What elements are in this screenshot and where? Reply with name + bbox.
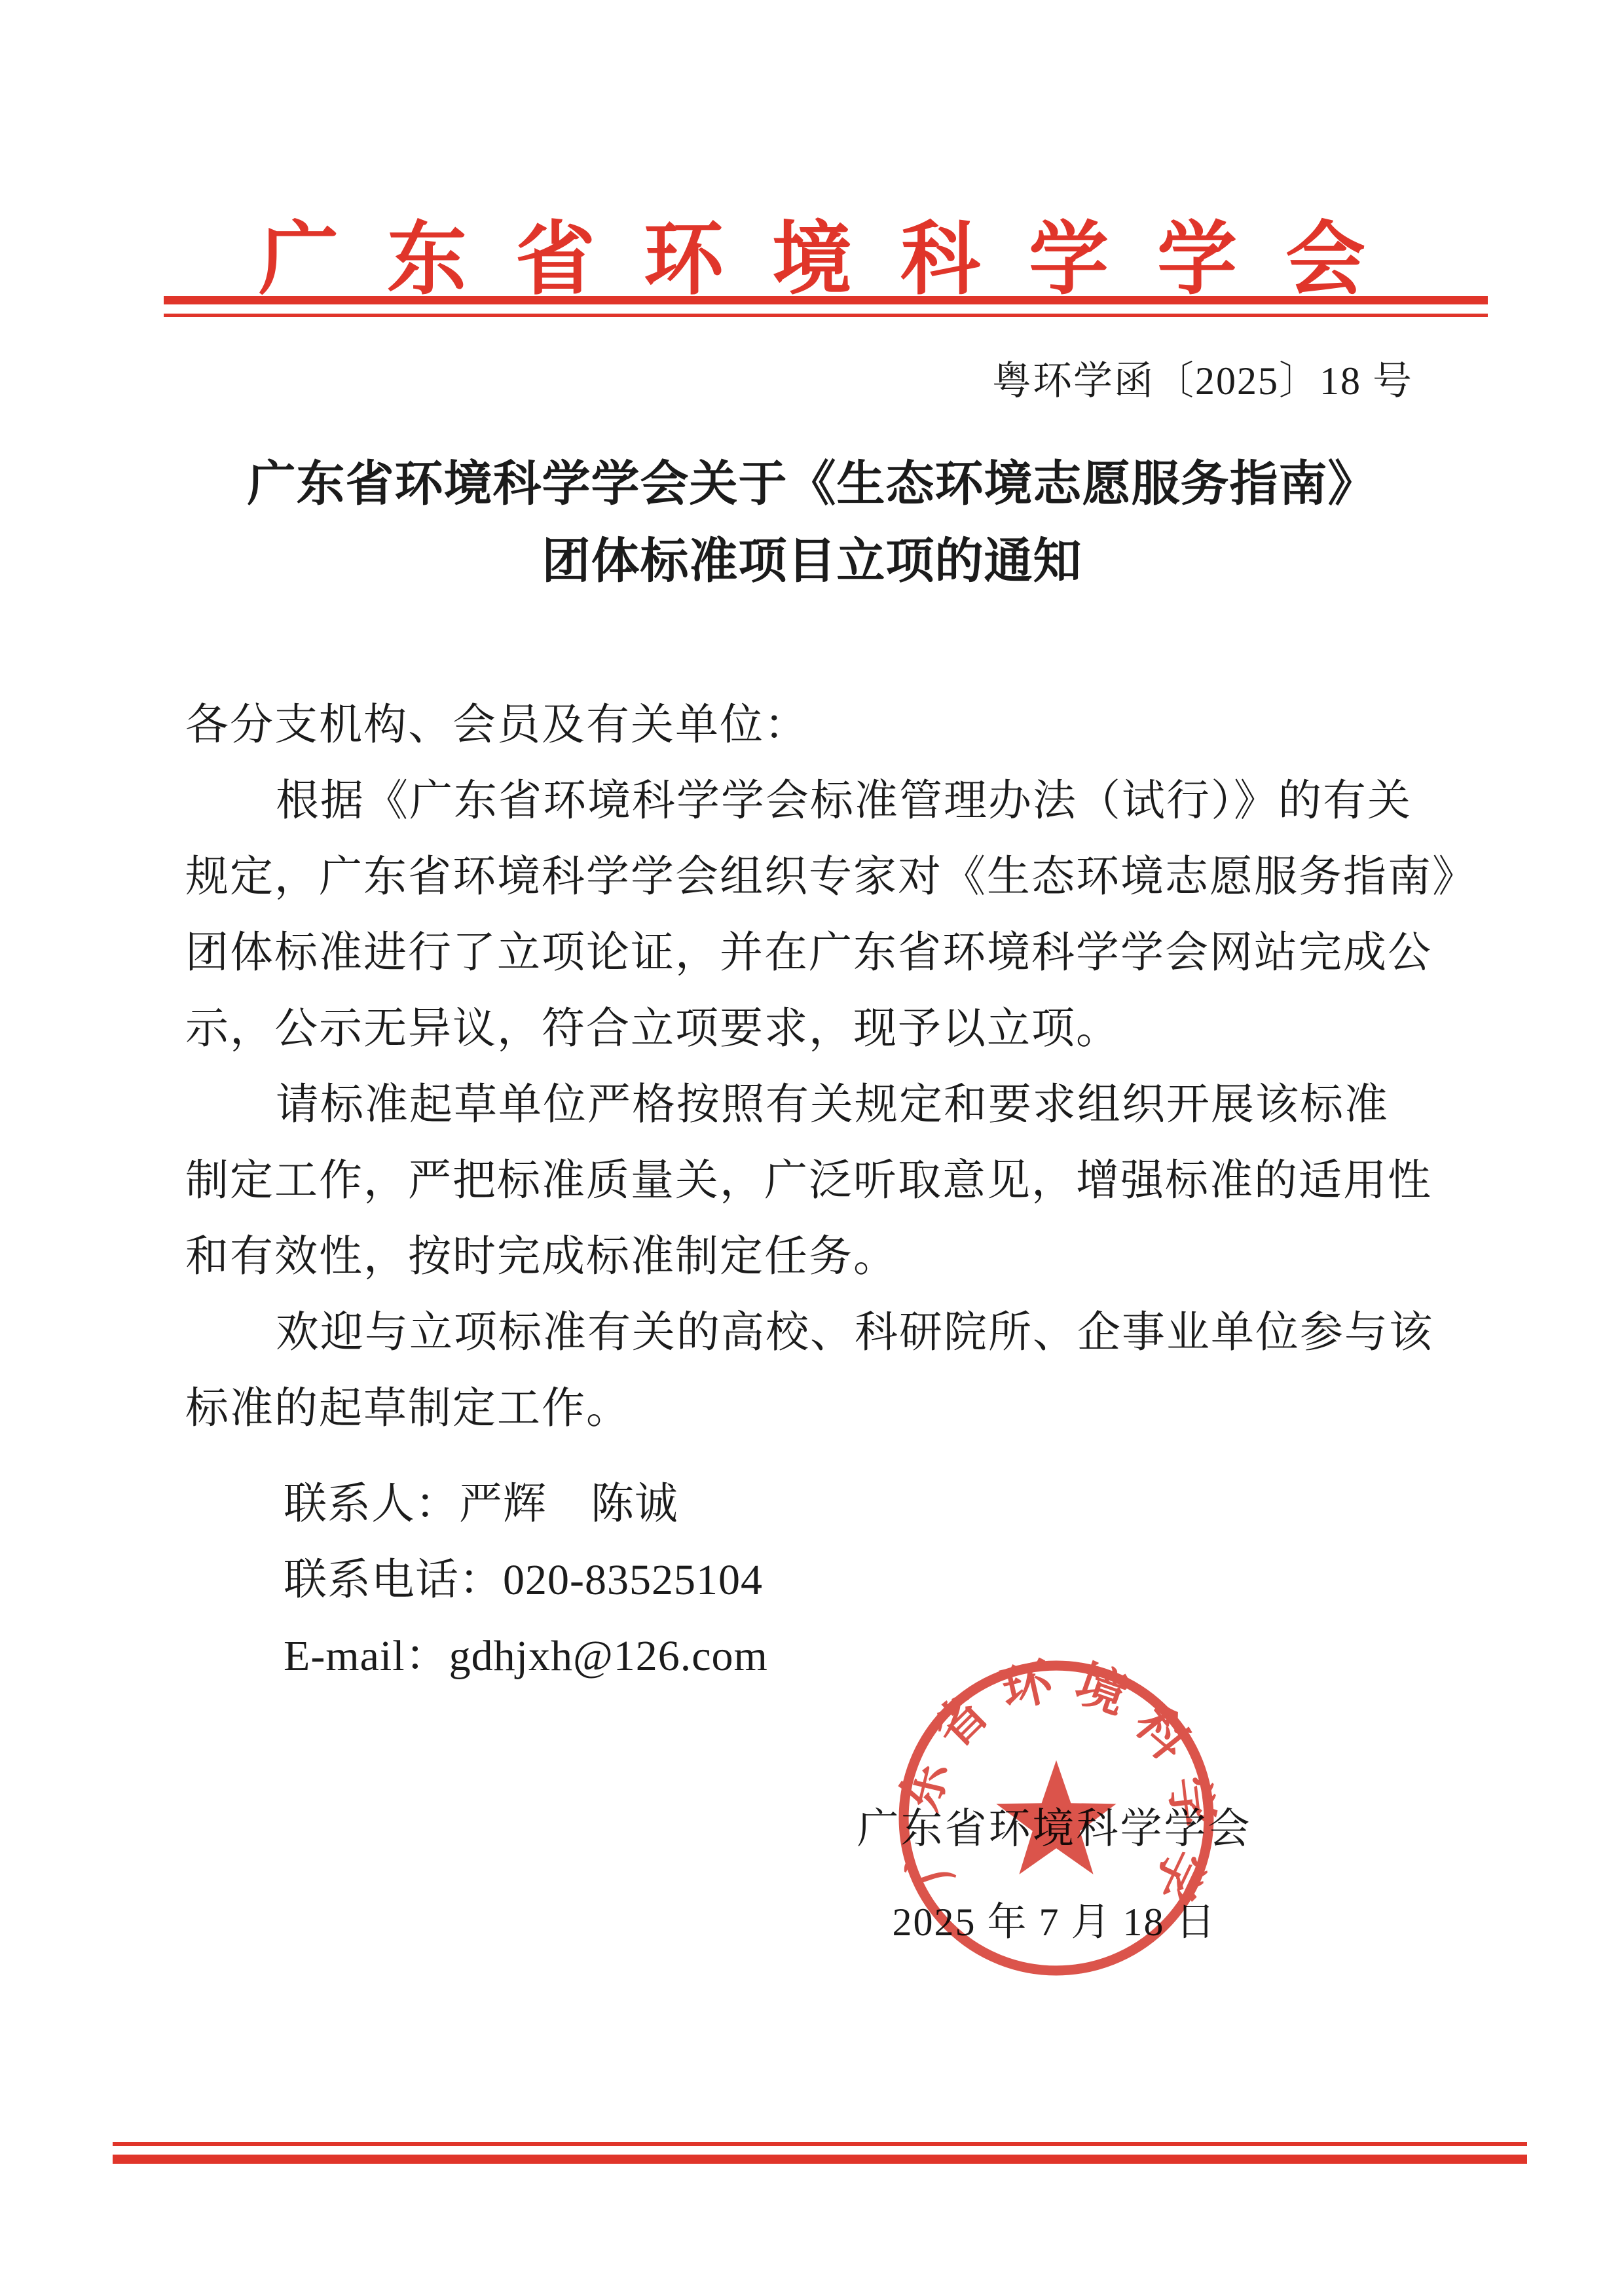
- body-line: 和有效性，按时完成标准制定任务。: [185, 1219, 1469, 1295]
- body-line: 规定，广东省环境科学学会组织专家对《生态环境志愿服务指南》: [185, 839, 1469, 915]
- body-line: 团体标准进行了立项论证，并在广东省环境科学学会网站完成公: [185, 915, 1469, 991]
- contact-phone-line: 联系电话：020-83525104: [284, 1542, 768, 1618]
- contact-phone-label: 联系电话：: [284, 1556, 503, 1604]
- contact-email-value: gdhjxh@126.com: [449, 1632, 768, 1680]
- contact-person-line: 联系人：严辉 陈诚: [284, 1467, 768, 1542]
- doc-number: 粤环学函〔2025〕18 号: [992, 350, 1413, 406]
- contact-email-line: E-mail：gdhjxh@126.com: [284, 1618, 768, 1694]
- contact-person-value: 严辉 陈诚: [459, 1480, 678, 1528]
- doc-title-line2: 团体标准项目立项的通知: [0, 522, 1624, 600]
- footer-rule-thin: [113, 2142, 1527, 2146]
- letterhead-org-name-text: 广东省环境科学学会: [259, 216, 1414, 304]
- document-page: 广东省环境科学学会 粤环学函〔2025〕18 号 广东省环境科学学会关于《生态环…: [0, 0, 1624, 2296]
- contact-phone-value: 020-83525104: [503, 1556, 763, 1604]
- seal-star-icon: [996, 1760, 1116, 1874]
- doc-title-line1: 广东省环境科学学会关于《生态环境志愿服务指南》: [0, 445, 1624, 522]
- body-line-salutation: 各分支机构、会员及有关单位：: [185, 687, 1469, 763]
- body-line: 欢迎与立项标准有关的高校、科研院所、企事业单位参与该: [185, 1295, 1469, 1371]
- body-line: 制定工作，严把标准质量关，广泛听取意见，增强标准的适用性: [185, 1143, 1469, 1219]
- letterhead-org-name: 广东省环境科学学会: [0, 195, 1624, 310]
- body-line: 根据《广东省环境科学学会标准管理办法（试行）》的有关: [185, 763, 1469, 839]
- body-line: 请标准起草单位严格按照有关规定和要求组织开展该标准: [185, 1067, 1469, 1143]
- footer-rule-thick: [113, 2155, 1527, 2164]
- official-seal-stamp-icon: 广东省环境科学学会: [892, 1654, 1221, 1982]
- body-line: 示，公示无异议，符合立项要求，现予以立项。: [185, 991, 1469, 1067]
- doc-title: 广东省环境科学学会关于《生态环境志愿服务指南》 团体标准项目立项的通知: [0, 445, 1624, 600]
- header-rule-thick: [164, 296, 1488, 304]
- contact-block: 联系人：严辉 陈诚 联系电话：020-83525104 E-mail：gdhjx…: [284, 1467, 768, 1694]
- contact-person-label: 联系人：: [284, 1480, 459, 1528]
- contact-email-label: E-mail：: [284, 1632, 449, 1680]
- body-line: 标准的起草制定工作。: [185, 1371, 1469, 1447]
- body-text: 各分支机构、会员及有关单位： 根据《广东省环境科学学会标准管理办法（试行）》的有…: [185, 687, 1469, 1447]
- header-rule-thin: [164, 314, 1488, 317]
